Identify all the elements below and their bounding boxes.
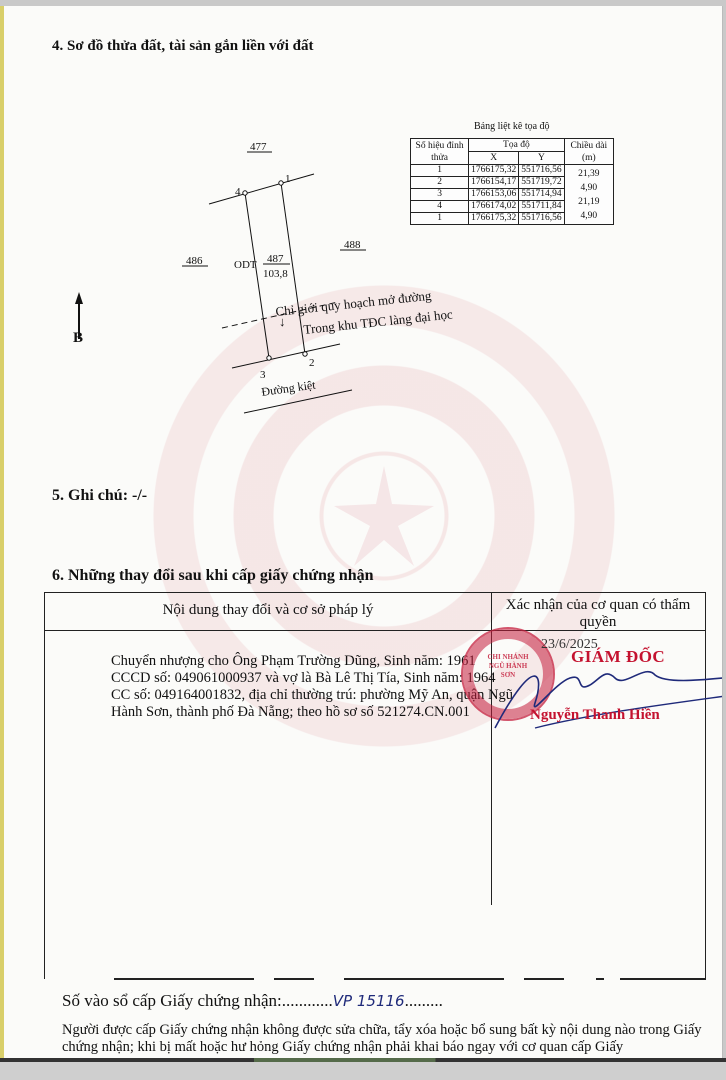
edge-lengths: 21,394,9021,194,90 bbox=[564, 165, 613, 225]
changes-col-content: Nội dung thay đổi và cơ sở pháp lý bbox=[45, 602, 491, 619]
coord-y: 551716,56 bbox=[519, 213, 564, 225]
vertex-4: 4 bbox=[235, 186, 241, 198]
arrow-down-icon: ↓ bbox=[279, 314, 286, 329]
parcel-area: 103,8 bbox=[263, 268, 288, 280]
table-bottom-border bbox=[44, 978, 706, 980]
changes-col-confirm: Xác nhận của cơ quan có thẩm quyền bbox=[491, 597, 705, 631]
change-entry: Chuyển nhượng cho Ông Phạm Trường Dũng, … bbox=[111, 653, 491, 721]
vertex-2: 2 bbox=[309, 357, 315, 369]
edge-length: 21,39 bbox=[567, 167, 611, 181]
notes-title: 5. Ghi chú: bbox=[52, 487, 128, 504]
north-arrow-label: B bbox=[73, 330, 83, 346]
change-line-3: CC số: 049164001832, địa chỉ thường trú:… bbox=[111, 687, 491, 704]
vertex-3: 3 bbox=[260, 369, 266, 381]
scan-background bbox=[0, 1058, 726, 1080]
edge-length: 21,19 bbox=[567, 195, 611, 209]
road-label: Đường kiệt bbox=[260, 377, 317, 399]
certificate-notice: Người được cấp Giấy chứng nhận không đượ… bbox=[62, 1022, 712, 1056]
section-4-title: 4. Sơ đồ thửa đất, tài sản gắn liền với … bbox=[52, 38, 314, 55]
registration-number: VP 15116 bbox=[333, 992, 405, 1010]
coord-y: 551716,56 bbox=[519, 165, 564, 177]
parcel-number: 487 bbox=[267, 253, 284, 265]
change-line-1: Chuyển nhượng cho Ông Phạm Trường Dũng, … bbox=[111, 653, 491, 670]
star-watermark-icon bbox=[334, 466, 434, 566]
change-line-2: CCCD số: 049061000937 và vợ là Bà Lê Thị… bbox=[111, 670, 491, 687]
edge-length: 4,90 bbox=[567, 209, 611, 223]
neighbor-477: 477 bbox=[250, 141, 267, 153]
certificate-page: 4. Sơ đồ thửa đất, tài sản gắn liền với … bbox=[0, 6, 722, 1058]
neighbor-486: 486 bbox=[186, 255, 203, 267]
edge-length: 4,90 bbox=[567, 181, 611, 195]
coord-y: 551714,94 bbox=[519, 189, 564, 201]
change-line-4: Hành Sơn, thành phố Đà Nẵng; theo hồ sơ … bbox=[111, 704, 491, 721]
registration-label: Số vào sổ cấp Giấy chứng nhận: bbox=[62, 991, 282, 1010]
coordinate-table-caption: Bảng liệt kê tọa độ bbox=[474, 121, 550, 132]
parcel-map: 477 486 488 1 2 3 4 ODT 487 103,8 Chỉ gi… bbox=[4, 126, 484, 426]
registration-line: Số vào sổ cấp Giấy chứng nhận:..........… bbox=[62, 991, 443, 1011]
coord-y: 551719,72 bbox=[519, 177, 564, 189]
changes-table: Nội dung thay đổi và cơ sở pháp lý Xác n… bbox=[44, 592, 706, 979]
signer-name: Nguyễn Thanh Hiền bbox=[530, 707, 660, 724]
section-6-title: 6. Những thay đổi sau khi cấp giấy chứng… bbox=[52, 567, 374, 585]
land-use-code: ODT bbox=[234, 259, 257, 271]
col-length: Chiều dài (m) bbox=[564, 139, 613, 165]
notes-value: -/- bbox=[132, 487, 147, 504]
coord-y: 551711,84 bbox=[519, 201, 564, 213]
section-5-notes: 5. Ghi chú: -/- bbox=[52, 487, 147, 505]
vertex-1: 1 bbox=[285, 173, 291, 185]
col-y: Y bbox=[519, 152, 564, 165]
neighbor-488: 488 bbox=[344, 239, 361, 251]
